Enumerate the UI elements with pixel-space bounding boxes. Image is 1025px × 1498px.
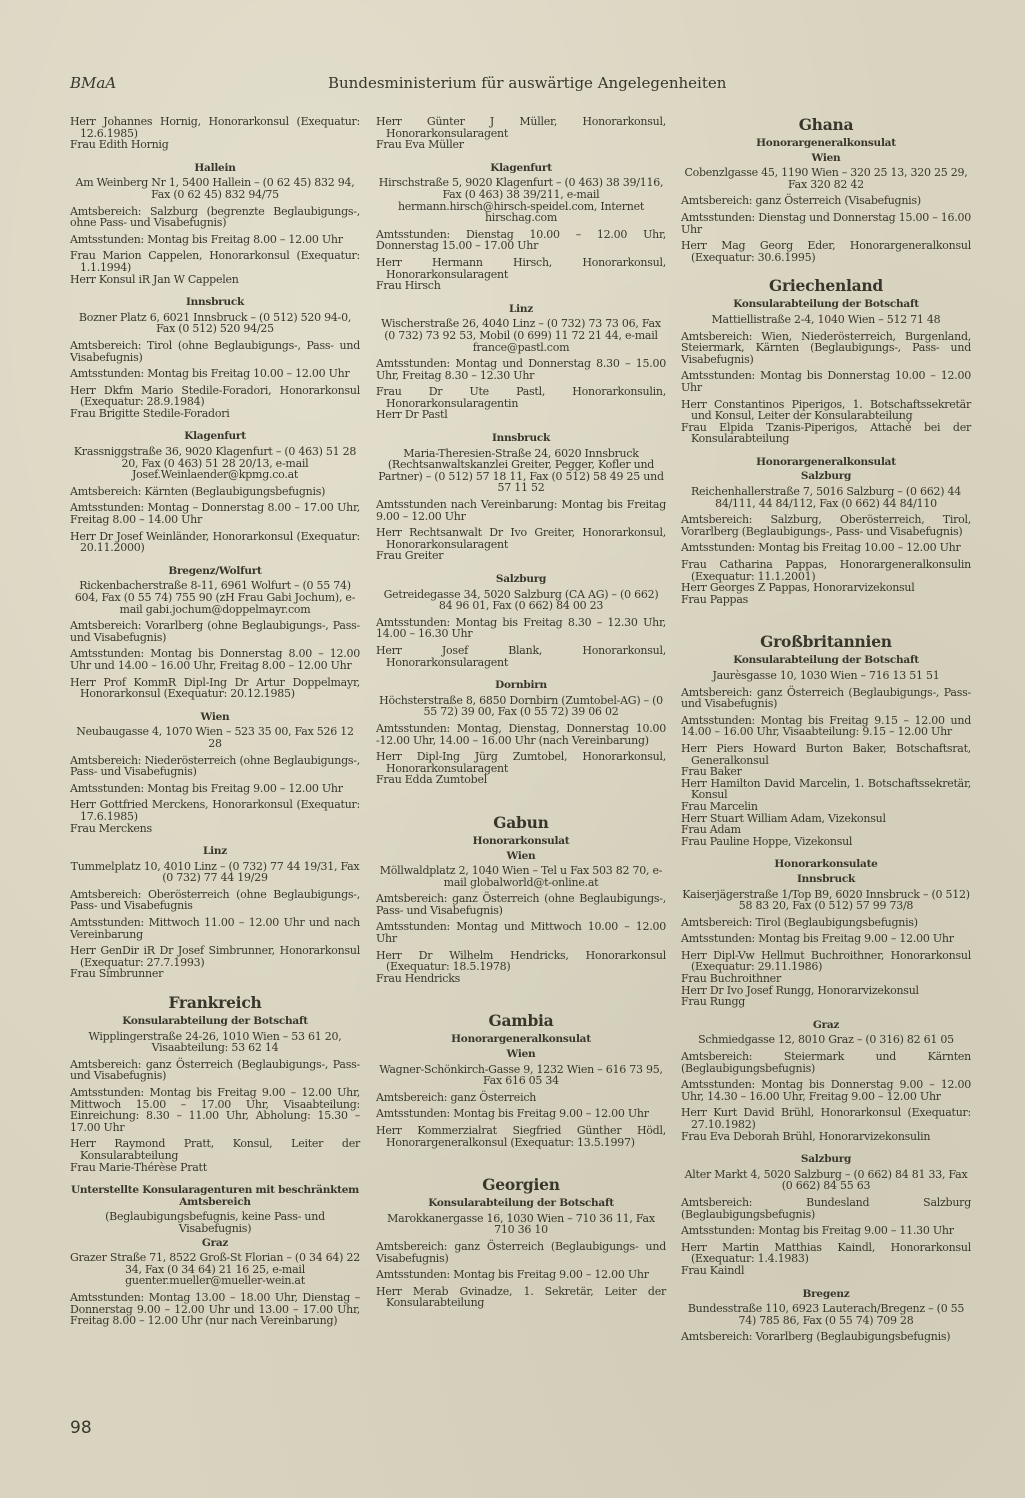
office-heading: Honorargeneralkonsulat [681, 457, 971, 469]
column-1: Herr Johannes Hornig, Honorarkonsul (Exe… [70, 116, 360, 1332]
person-entry: Herr Raymond Pratt, Konsul, Leiter der K… [70, 1138, 360, 1161]
address: Neubaugasse 4, 1070 Wien – 523 35 00, Fa… [70, 726, 360, 749]
spacer [376, 986, 666, 998]
country-heading: Ghana [681, 116, 971, 134]
info-paragraph: Amtsstunden: Montag bis Freitag 9.00 – 1… [70, 1087, 360, 1133]
info-paragraph: Amtsbereich: Oberösterreich (ohne Beglau… [70, 889, 360, 912]
info-paragraph: Amtsstunden: Montag und Mittwoch 10.00 –… [376, 921, 666, 944]
person-entry: Herr Kommerzialrat Siegfried Günther Höd… [376, 1125, 666, 1148]
person-entry: Frau Pappas [681, 594, 971, 606]
address: Maria-Theresien-Straße 24, 6020 Innsbruc… [376, 448, 666, 494]
info-paragraph: Amtsstunden: Mittwoch 11.00 – 12.00 Uhr … [70, 917, 360, 940]
country-heading: Großbritannien [681, 633, 971, 651]
person-entry: Frau Marion Cappelen, Honorarkonsul (Exe… [70, 250, 360, 273]
person-entry: Frau Edith Hornig [70, 139, 360, 151]
person-entry: Herr Dr Wilhelm Hendricks, Honorarkonsul… [376, 950, 666, 973]
city-heading: Wien [376, 1049, 666, 1061]
person-entry: Herr Rechtsanwalt Dr Ivo Greiter, Honora… [376, 527, 666, 550]
person-entry: Herr Dkfm Mario Stedile-Foradori, Honora… [70, 385, 360, 408]
info-paragraph: Amtsstunden: Dienstag 10.00 – 12.00 Uhr,… [376, 229, 666, 252]
city-heading: Innsbruck [376, 433, 666, 445]
person-entry: Herr Dipl-Ing Jürg Zumtobel, Honorarkons… [376, 751, 666, 774]
address: Hirschstraße 5, 9020 Klagenfurt – (0 463… [376, 177, 666, 223]
city-heading: Innsbruck [681, 874, 971, 886]
address: Tummelplatz 10, 4010 Linz – (0 732) 77 4… [70, 861, 360, 884]
info-paragraph: Amtsstunden: Montag bis Freitag 9.00 – 1… [70, 783, 360, 795]
address: Bundesstraße 110, 6923 Lauterach/Bregenz… [681, 1303, 971, 1326]
office-heading: Honorarkonsulate [681, 859, 971, 871]
person-entry: Herr Merab Gvinadze, 1. Sekretär, Leiter… [376, 1286, 666, 1309]
person-entry: Herr Prof KommR Dipl-Ing Dr Artur Doppel… [70, 677, 360, 700]
address: Schmiedgasse 12, 8010 Graz – (0 316) 82 … [681, 1034, 971, 1046]
person-entry: Frau Brigitte Stedile-Foradori [70, 408, 360, 420]
info-paragraph: Amtsstunden: Montag bis Freitag 9.00 – 1… [376, 1108, 666, 1120]
city-heading: Wien [70, 712, 360, 724]
address: Getreidegasse 34, 5020 Salzburg (CA AG) … [376, 589, 666, 612]
person-entry: Frau Merckens [70, 823, 360, 835]
city-heading: Hallein [70, 163, 360, 175]
person-entry: Frau Edda Zumtobel [376, 774, 666, 786]
city-heading: Bregenz [681, 1289, 971, 1301]
column-2: Herr Günter J Müller, Honorarkonsul, Hon… [376, 116, 666, 1311]
info-paragraph: Amtsbereich: Tirol (ohne Beglaubigungs-,… [70, 340, 360, 363]
person-list: Herr Gottfried Merckens, Honorarkonsul (… [70, 799, 360, 834]
office-heading: Honorarkonsulat [376, 836, 666, 848]
info-paragraph: Amtsbereich: Wien, Niederösterreich, Bur… [681, 331, 971, 366]
person-list: Frau Catharina Pappas, Honorargeneralkon… [681, 559, 971, 605]
person-entry: Frau Marie-Thérèse Pratt [70, 1162, 360, 1174]
city-heading: Klagenfurt [70, 431, 360, 443]
spacer [376, 788, 666, 800]
person-entry: Herr Mag Georg Eder, Honorargeneralkonsu… [681, 240, 971, 263]
header-abbreviation: BMaA [70, 74, 116, 92]
person-list: Herr Dkfm Mario Stedile-Foradori, Honora… [70, 385, 360, 420]
info-paragraph: Amtsstunden: Montag bis Freitag 9.00 – 1… [681, 933, 971, 945]
person-list: Herr Rechtsanwalt Dr Ivo Greiter, Honora… [376, 527, 666, 562]
info-paragraph: Amtsstunden: Montag und Donnerstag 8.30 … [376, 358, 666, 381]
person-entry: Herr Hermann Hirsch, Honorarkonsul, Hono… [376, 257, 666, 280]
person-list: Herr Josef Blank, Honorarkonsul, Honorar… [376, 645, 666, 668]
address: Wipplingerstraße 24-26, 1010 Wien – 53 6… [70, 1031, 360, 1054]
info-paragraph: Amtsstunden: Montag bis Freitag 10.00 – … [681, 542, 971, 554]
country-heading: Gabun [376, 814, 666, 832]
scope-note: (Beglaubigungsbefugnis, keine Pass- und … [70, 1211, 360, 1234]
address: Möllwaldplatz 2, 1040 Wien – Tel u Fax 5… [376, 865, 666, 888]
person-entry: Frau Rungg [681, 996, 971, 1008]
person-entry: Frau Adam [681, 824, 971, 836]
person-entry: Frau Buchroithner [681, 973, 971, 985]
office-heading: Konsularabteilung der Botschaft [681, 299, 971, 311]
info-paragraph: Amtsbereich: ganz Österreich (Beglaubigu… [681, 687, 971, 710]
person-list: Herr Dipl-Ing Jürg Zumtobel, Honorarkons… [376, 751, 666, 786]
info-paragraph: Amtsstunden: Montag bis Donnerstag 9.00 … [681, 1079, 971, 1102]
info-paragraph: Amtsbereich: ganz Österreich (Beglaubigu… [376, 1241, 666, 1264]
person-list: Frau Dr Ute Pastl, Honorarkonsulin, Hono… [376, 386, 666, 421]
person-list: Herr Dr Wilhelm Hendricks, Honorarkonsul… [376, 950, 666, 985]
person-entry: Frau Simbrunner [70, 968, 360, 980]
person-entry: Frau Hendricks [376, 973, 666, 985]
person-list: Herr GenDir iR Dr Josef Simbrunner, Hono… [70, 945, 360, 980]
address: Alter Markt 4, 5020 Salzburg – (0 662) 8… [681, 1169, 971, 1192]
address: Wagner-Schönkirch-Gasse 9, 1232 Wien – 6… [376, 1064, 666, 1087]
address: Krassniggstraße 36, 9020 Klagenfurt – (0… [70, 446, 360, 481]
info-paragraph: Amtsstunden: Montag, Dienstag, Donnersta… [376, 723, 666, 746]
person-list: Herr Martin Matthias Kaindl, Honorarkons… [681, 1242, 971, 1277]
address: Kaiserjägerstraße 1/Top B9, 6020 Innsbru… [681, 889, 971, 912]
city-heading: Klagenfurt [376, 163, 666, 175]
person-list: Herr Johannes Hornig, Honorarkonsul (Exe… [70, 116, 360, 151]
person-entry: Herr Dipl-Vw Hellmut Buchroithner, Honor… [681, 950, 971, 973]
info-paragraph: Amtsbereich: Vorarlberg (Beglaubigungsbe… [681, 1331, 971, 1343]
city-heading: Wien [681, 153, 971, 165]
person-entry: Herr GenDir iR Dr Josef Simbrunner, Hono… [70, 945, 360, 968]
city-heading: Salzburg [376, 574, 666, 586]
city-heading: Wien [376, 851, 666, 863]
person-entry: Frau Dr Ute Pastl, Honorarkonsulin, Hono… [376, 386, 666, 409]
person-entry: Herr Günter J Müller, Honorarkonsul, Hon… [376, 116, 666, 139]
city-heading: Salzburg [681, 471, 971, 483]
info-paragraph: Amtsbereich: Niederösterreich (ohne Begl… [70, 755, 360, 778]
spacer [681, 607, 971, 619]
city-heading: Bregenz/Wolfurt [70, 566, 360, 578]
address: Am Weinberg Nr 1, 5400 Hallein – (0 62 4… [70, 177, 360, 200]
city-heading: Innsbruck [70, 297, 360, 309]
info-paragraph: Amtsstunden nach Vereinbarung: Montag bi… [376, 499, 666, 522]
person-entry: Frau Pauline Hoppe, Vizekonsul [681, 836, 971, 848]
person-list: Herr Prof KommR Dipl-Ing Dr Artur Doppel… [70, 677, 360, 700]
person-entry: Frau Marcelin [681, 801, 971, 813]
person-entry: Herr Dr Josef Weinländer, Honorarkonsul … [70, 531, 360, 554]
info-paragraph: Amtsstunden: Montag bis Donnerstag 8.00 … [70, 648, 360, 671]
person-list: Herr Mag Georg Eder, Honorargeneralkonsu… [681, 240, 971, 263]
address: Mattiellistraße 2-4, 1040 Wien – 512 71 … [681, 314, 971, 326]
info-paragraph: Amtsbereich: ganz Österreich (ohne Begla… [376, 893, 666, 916]
address: Jaurèsgasse 10, 1030 Wien – 716 13 51 51 [681, 670, 971, 682]
person-entry: Herr Konsul iR Jan W Cappelen [70, 274, 360, 286]
person-list: Frau Marion Cappelen, Honorarkonsul (Exe… [70, 250, 360, 285]
office-heading: Unterstellte Konsularagenturen mit besch… [70, 1185, 360, 1208]
address: Cobenzlgasse 45, 1190 Wien – 320 25 13, … [681, 167, 971, 190]
person-list: Herr Piers Howard Burton Baker, Botschaf… [681, 743, 971, 847]
person-entry: Frau Greiter [376, 550, 666, 562]
address: Reichenhallerstraße 7, 5016 Salzburg – (… [681, 486, 971, 509]
address: Höchsterstraße 8, 6850 Dornbirn (Zumtobe… [376, 695, 666, 718]
running-header: BMaA Bundesministerium für auswärtige An… [70, 74, 970, 96]
country-heading: Griechenland [681, 277, 971, 295]
person-entry: Herr Dr Pastl [376, 409, 666, 421]
city-heading: Dornbirn [376, 680, 666, 692]
country-heading: Frankreich [70, 994, 360, 1012]
info-paragraph: Amtsstunden: Montag – Donnerstag 8.00 – … [70, 502, 360, 525]
info-paragraph: Amtsbereich: Bundesland Salzburg (Beglau… [681, 1197, 971, 1220]
person-entry: Herr Martin Matthias Kaindl, Honorarkons… [681, 1242, 971, 1265]
info-paragraph: Amtsbereich: Steiermark und Kärnten (Beg… [681, 1051, 971, 1074]
country-heading: Georgien [376, 1176, 666, 1194]
info-paragraph: Amtsstunden: Montag bis Freitag 8.00 – 1… [70, 234, 360, 246]
person-entry: Frau Eva Deborah Brühl, Honorarvizekonsu… [681, 1131, 971, 1143]
person-entry: Frau Elpida Tzanis-Piperigos, Attaché be… [681, 422, 971, 445]
person-entry: Herr Piers Howard Burton Baker, Botschaf… [681, 743, 971, 766]
person-entry: Herr Hamilton David Marcelin, 1. Botscha… [681, 778, 971, 801]
office-heading: Konsularabteilung der Botschaft [70, 1016, 360, 1028]
info-paragraph: Amtsbereich: Salzburg (begrenzte Beglaub… [70, 206, 360, 229]
spacer [376, 1150, 666, 1162]
info-paragraph: Amtsbereich: Vorarlberg (ohne Beglaubigu… [70, 620, 360, 643]
person-entry: Herr Johannes Hornig, Honorarkonsul (Exe… [70, 116, 360, 139]
person-list: Herr Dipl-Vw Hellmut Buchroithner, Honor… [681, 950, 971, 1008]
info-paragraph: Amtsbereich: Kärnten (Beglaubigungsbefug… [70, 486, 360, 498]
address: Bozner Platz 6, 6021 Innsbruck – (0 512)… [70, 312, 360, 335]
office-heading: Honorargeneralkonsulat [681, 138, 971, 150]
info-paragraph: Amtsstunden: Montag bis Freitag 8.30 – 1… [376, 617, 666, 640]
city-heading: Graz [70, 1238, 360, 1250]
person-list: Herr Kurt David Brühl, Honorarkonsul (Ex… [681, 1107, 971, 1142]
person-list: Herr Günter J Müller, Honorarkonsul, Hon… [376, 116, 666, 151]
city-heading: Linz [376, 304, 666, 316]
person-list: Herr Kommerzialrat Siegfried Günther Höd… [376, 1125, 666, 1148]
person-entry: Herr Josef Blank, Honorarkonsul, Honorar… [376, 645, 666, 668]
city-heading: Graz [681, 1020, 971, 1032]
person-entry: Herr Constantinos Piperigos, 1. Botschaf… [681, 399, 971, 422]
header-title: Bundesministerium für auswärtige Angeleg… [328, 74, 726, 92]
person-list: Herr Dr Josef Weinländer, Honorarkonsul … [70, 531, 360, 554]
person-list: Herr Constantinos Piperigos, 1. Botschaf… [681, 399, 971, 445]
page-number: 98 [70, 1418, 92, 1438]
info-paragraph: Amtsstunden: Dienstag und Donnerstag 15.… [681, 212, 971, 235]
address: Rickenbacherstraße 8-11, 6961 Wolfurt – … [70, 580, 360, 615]
city-heading: Linz [70, 846, 360, 858]
info-paragraph: Amtsbereich: ganz Österreich (Visabefugn… [681, 195, 971, 207]
person-entry: Herr Gottfried Merckens, Honorarkonsul (… [70, 799, 360, 822]
person-entry: Herr Kurt David Brühl, Honorarkonsul (Ex… [681, 1107, 971, 1130]
info-paragraph: Amtsstunden: Montag bis Freitag 9.00 – 1… [681, 1225, 971, 1237]
info-paragraph: Amtsstunden: Montag bis Donnerstag 10.00… [681, 370, 971, 393]
address: Marokkanergasse 16, 1030 Wien – 710 36 1… [376, 1213, 666, 1236]
info-paragraph: Amtsbereich: Salzburg, Oberösterreich, T… [681, 514, 971, 537]
person-entry: Frau Hirsch [376, 280, 666, 292]
person-list: Herr Hermann Hirsch, Honorarkonsul, Hono… [376, 257, 666, 292]
office-heading: Konsularabteilung der Botschaft [376, 1198, 666, 1210]
info-paragraph: Amtsbereich: Tirol (Beglaubigungsbefugni… [681, 917, 971, 929]
person-entry: Frau Catharina Pappas, Honorargeneralkon… [681, 559, 971, 582]
info-paragraph: Amtsstunden: Montag bis Freitag 9.00 – 1… [376, 1269, 666, 1281]
person-entry: Frau Eva Müller [376, 139, 666, 151]
country-heading: Gambia [376, 1012, 666, 1030]
person-entry: Frau Kaindl [681, 1265, 971, 1277]
person-entry: Frau Baker [681, 766, 971, 778]
info-paragraph: Amtsbereich: ganz Österreich (Beglaubigu… [70, 1059, 360, 1082]
person-list: Herr Raymond Pratt, Konsul, Leiter der K… [70, 1138, 360, 1173]
info-paragraph: Amtsstunden: Montag 13.00 – 18.00 Uhr, D… [70, 1292, 360, 1327]
city-heading: Salzburg [681, 1154, 971, 1166]
office-heading: Honorargeneralkonsulat [376, 1034, 666, 1046]
info-paragraph: Amtsstunden: Montag bis Freitag 10.00 – … [70, 368, 360, 380]
info-paragraph: Amtsstunden: Montag bis Freitag 9.15 – 1… [681, 715, 971, 738]
column-3: GhanaHonorargeneralkonsulatWienCobenzlga… [681, 116, 971, 1348]
info-paragraph: Amtsbereich: ganz Österreich [376, 1092, 666, 1104]
office-heading: Konsularabteilung der Botschaft [681, 655, 971, 667]
person-list: Herr Merab Gvinadze, 1. Sekretär, Leiter… [376, 1286, 666, 1309]
address: Wischerstraße 26, 4040 Linz – (0 732) 73… [376, 318, 666, 353]
address: Grazer Straße 71, 8522 Groß-St Florian –… [70, 1252, 360, 1287]
